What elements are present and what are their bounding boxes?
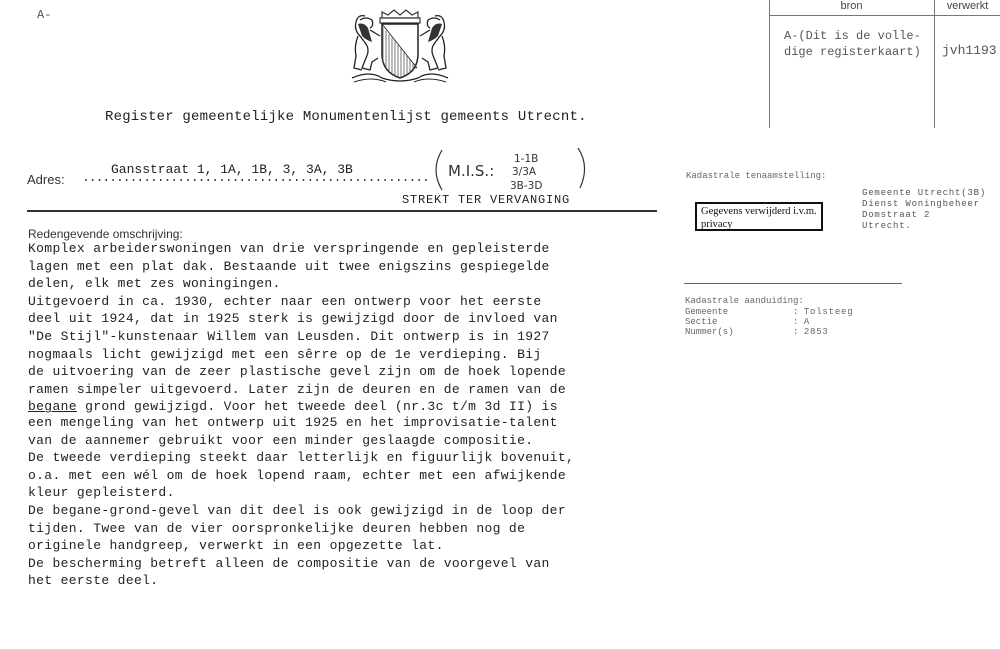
owner-address: Gemeente Utrecht(3B) Dienst Woningbeheer… xyxy=(862,188,986,232)
privacy-redaction-notice: Gegevens verwijderd i.v.m. privacy xyxy=(695,202,823,231)
address-value: Gansstraat 1, 1A, 1B, 3, 3A, 3B xyxy=(111,162,353,177)
register-title: Register gemeentelijke Monumentenlijst g… xyxy=(105,109,587,125)
kadastrale-divider xyxy=(684,283,902,284)
svg-text:1-1B: 1-1B xyxy=(514,153,538,165)
svg-text:3/3A: 3/3A xyxy=(512,166,537,178)
kadastrale-tenaamstelling-label: Kadastrale tenaamstelling: xyxy=(686,171,826,181)
kadastrale-row-nummers: Nummer(s): 2853 xyxy=(685,327,829,337)
source-header-bron: bron xyxy=(769,0,934,12)
source-header-verwerkt: verwerkt xyxy=(935,0,1000,12)
description-text-part1: Komplex arbeiderswoningen van drie versp… xyxy=(28,240,566,416)
description-line-end: grond gewijzigd. Voor het tweede deel (n… xyxy=(77,399,558,414)
kadastrale-aanduiding-label: Kadastrale aanduiding: xyxy=(685,296,804,306)
kadastrale-row-gemeente: Gemeente: Tolsteeg xyxy=(685,307,853,317)
utrecht-coat-of-arms-icon xyxy=(310,6,490,86)
kadastrale-row-sectie: Sectie: A xyxy=(685,317,810,327)
source-box: bron verwerkt A-(Dit is de volle- dige r… xyxy=(769,0,1000,128)
source-verwerkt-value: jvh1193 xyxy=(942,43,997,58)
source-bron-value: A-(Dit is de volle- dige registerkaart) xyxy=(784,28,921,60)
card-code: A- xyxy=(37,8,51,22)
handwritten-mis-note: M.I.S.: 1-1B 3/3A 3B-3D xyxy=(428,146,590,194)
description-lines-part1: Komplex arbeiderswoningen van drie versp… xyxy=(28,241,566,397)
svg-text:3B-3D: 3B-3D xyxy=(510,180,542,192)
description-label: Redengevende omschrijving: xyxy=(28,227,183,241)
source-box-left-border xyxy=(769,0,770,128)
source-box-divider xyxy=(934,0,935,128)
address-label: Adres: xyxy=(27,172,65,187)
replacement-note: STREKT TER VERVANGING xyxy=(402,193,570,207)
description-text-part2: een mengeling van het ontwerp uit 1925 e… xyxy=(28,414,574,590)
svg-text:M.I.S.:: M.I.S.: xyxy=(448,162,494,180)
source-box-header-rule xyxy=(769,15,1000,16)
underlined-word: begane xyxy=(28,399,77,414)
section-divider xyxy=(27,210,657,212)
